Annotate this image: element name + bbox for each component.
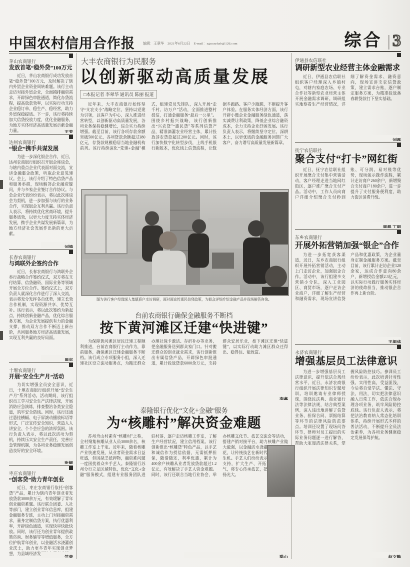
article-right-4: 永济农商银行 增强基层员工法律意识 为进一步增强基层员工法律意识，提升依法合规经… [295, 344, 401, 559]
article-author: 张颖 [64, 461, 73, 465]
section-name: 综合 [344, 26, 382, 51]
page-header: 中国农村信用合作报 编辑：王翠华 2021年6月22日 E-mail：zgncx… [9, 30, 401, 52]
article-right-2: 抚宁农信联社 聚合支付“打卡”网红街 近日，抚宁农信联社组织开展聚合支付集中营销… [295, 142, 401, 229]
article-author: 竺莹 [64, 555, 73, 559]
article-kicker: 枣庄农商银行 [9, 470, 73, 477]
article-kicker: 东乡农商银行 [295, 234, 401, 241]
article-body: 苏州舟山村素有“核雕村”之称，全村聚集核雕从业人员3000余名，核雕工作室上千家… [80, 434, 288, 478]
newspaper-page: 中国农村信用合作报 编辑：王翠华 2021年6月22日 E-mail：zgncx… [0, 0, 410, 567]
right-column: 伊通县农信联社 调研新型农业经营主体金融需求 近日，伊通县农信联社组织客户经理深… [295, 53, 401, 559]
article-body: 近日，枣庄农商银行依托“创客贷”产品，累计为辖内青年创业者发放贷款3000余万元… [9, 485, 73, 557]
article-body: 近日，伊通县农信联社组织客户经理深入乡镇村屯，对辖内家庭农场、专业合作社等新型农… [295, 74, 401, 107]
article-center-2: 台前农商银行确保金融服务不断档 按下黄河滩区迁建“快进键” 为保障黄河滩区居民迁… [80, 308, 288, 401]
article-headline: 为“核雕村”解决资金难题 [80, 416, 288, 432]
article-headline: 开展外拓营销加强“银企”合作 [295, 241, 401, 251]
article-headline: 与鸿联外企签约合作 [9, 261, 73, 268]
article-body: 为切实增强全员安全意识，近日，十堰农商银行组织开展“安全生产月”系列活动。活动期… [9, 382, 73, 454]
article-body: 近日，长春农商银行与鸿联外企举行战略合作签约仪式，双方将在支付结算、信贷融资、国… [9, 269, 73, 341]
article-body: 为进一步增强基层员工法律意识，提升依法合规经营水平，近日，永济农商银行组织开展法… [295, 369, 401, 446]
article-headline: 按下黄河滩区迁建“快进键” [80, 321, 288, 337]
column-divider [76, 53, 77, 559]
fold-mark [0, 331, 3, 340]
article-author: 梁山 [279, 555, 288, 559]
article-headline: 调研新型农业经营主体金融需求 [295, 64, 401, 73]
article-kicker: 泰隆银行优化“文化+金融”服务 [80, 405, 288, 415]
article-headline: “银企”携手共谋发展 [9, 146, 73, 153]
article-author: 周磊 丁明 [383, 225, 401, 229]
article-headline: 以创新驱动高质量发展 [80, 68, 288, 88]
article-kicker: 台前农商银行确保金融服务不断档 [80, 310, 288, 320]
article-lead: 大丰农商银行为民服务 以创新驱动高质量发展 □本报记者 李翠华 通讯员 陈丽 报… [80, 53, 288, 187]
center-column: 大丰农商银行为民服务 以创新驱动高质量发展 □本报记者 李翠华 通讯员 陈丽 报… [80, 53, 288, 559]
article-center-3: 泰隆银行优化“文化+金融”服务 为“核雕村”解决资金难题 苏州舟山村素有“核雕村… [80, 403, 288, 559]
news-photo-image [82, 190, 288, 295]
article-kicker: 大丰农商银行为民服务 [81, 56, 288, 67]
news-photo [81, 189, 289, 296]
left-column: 茅山农商银行 发放首笔“稳外贷”100万元 近日，茅山农商银行成功发放首笔“稳外… [9, 53, 73, 559]
article-left-2: 达州农商银行 “银企”携手共谋发展 为进一步深化银企合作，近日，达州农商银行组织… [9, 134, 73, 249]
article-left-4: 十堰农商银行 开展“安全生产月”活动 为切实增强全员安全意识，近日，十堰农商银行… [9, 362, 73, 465]
article-kicker: 永济农商银行 [295, 349, 401, 356]
article-author: 刘磊 [392, 138, 401, 142]
article-author: 李鑫 [279, 397, 288, 401]
article-left-1: 茅山农商银行 发放首笔“稳外贷”100万元 近日，茅山农商银行成功发放首笔“稳外… [9, 53, 73, 134]
article-kicker: 十堰农商银行 [9, 367, 73, 374]
article-author: 王振华 [388, 340, 401, 344]
article-body: 为进一步拓宽获客渠道，近日，东乡农商银行组织开展外拓营销活动，主动上门走访企业，… [295, 252, 401, 302]
article-headline: 开展“安全生产月”活动 [9, 374, 73, 381]
header-info: 编辑：王翠华 2021年6月22日 E-mail：zgncxyhzb@126.c… [143, 41, 293, 49]
article-headline: “创客贷”助力青年创业 [9, 477, 73, 484]
masthead: 中国农村信用合作报 [9, 36, 135, 51]
article-body: 近日，抚宁农信联社组织开展聚合支付集中营销活动，客户经理走进当地网红街区，逐户推… [295, 167, 401, 200]
article-author: 赵文静 [388, 555, 401, 559]
article-body: 为保障黄河滩区居民迁建工程顺利推进，台前农商银行主动作为，靠前服务，确保滩区迁建… [80, 339, 288, 367]
fold-mark [0, 180, 3, 189]
article-body: 近年来，大丰农商银行始终坚守“支农支小”战略定位，坚持以党建为引领，以客户为中心… [80, 102, 288, 152]
article-body: 近日，茅山农商银行成功发放首笔“稳外贷”100万元，及时解决了辖内外贸企业资金周… [9, 73, 73, 134]
article-headline: 发放首笔“稳外贷”100万元 [9, 65, 73, 72]
article-body: 为进一步深化银企合作，近日，达州农商银行组织召开银企座谈会，与辖内重点企业代表面… [9, 154, 73, 237]
article-headline: 聚合支付“打卡”网红街 [295, 154, 401, 166]
section-label: 综合 | 3 [344, 26, 401, 51]
article-right-3: 东乡农商银行 开展外拓营销加强“银企”合作 为进一步拓宽获客渠道，近日，东乡农商… [295, 229, 401, 344]
article-right-1: 伊通县农信联社 调研新型农业经营主体金融需求 近日，伊通县农信联社组织客户经理深… [295, 53, 401, 142]
article-author: 王芳 [64, 130, 73, 134]
article-kicker: 伊通县农信联社 [295, 57, 401, 64]
article-left-3: 长春农商银行 与鸿联外企签约合作 近日，长春农商银行与鸿联外企举行战略合作签约仪… [9, 249, 73, 362]
inline-photo [267, 445, 295, 497]
photo-caption: 图为该行客户经理深入集镇商户走访调研，面对面宣传惠民信贷政策，为群众详细介绍金融… [81, 297, 287, 306]
article-kicker: 茅山农商银行 [9, 58, 73, 65]
section-divider: | [387, 33, 390, 51]
article-headline: 增强基层员工法律意识 [295, 356, 401, 368]
article-author: 周宇 [64, 358, 73, 362]
article-kicker: 抚宁农信联社 [295, 147, 401, 154]
article-kicker: 达州农商银行 [9, 139, 73, 146]
content-columns: 茅山农商银行 发放首笔“稳外贷”100万元 近日，茅山农商银行成功发放首笔“稳外… [9, 53, 401, 559]
article-author: 刘涛 [64, 245, 73, 249]
page-number: 3 [393, 31, 402, 51]
article-left-5: 枣庄农商银行 “创客贷”助力青年创业 近日，枣庄农商银行依托“创客贷”产品，累计… [9, 465, 73, 559]
article-byline: □本报记者 李翠华 通讯员 陈丽 报道 [80, 90, 157, 99]
article-kicker: 长春农商银行 [9, 254, 73, 261]
